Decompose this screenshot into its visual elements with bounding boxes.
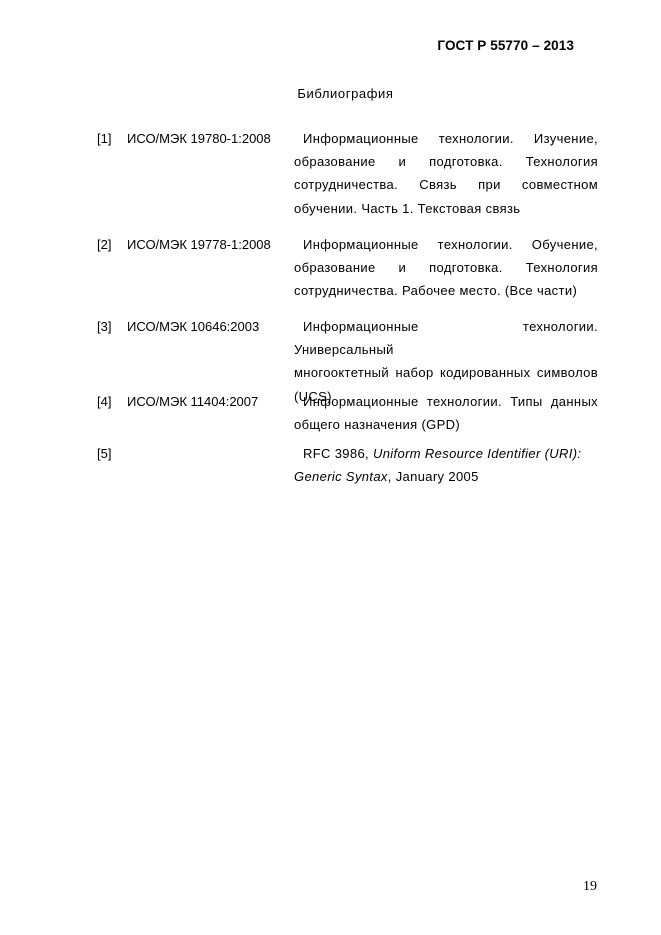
description-line: Информационные технологии. Типы данных xyxy=(294,390,598,413)
description-line: многооктетный набор кодированных символо… xyxy=(294,361,598,384)
entry-description: RFC 3986, Uniform Resource Identifier (U… xyxy=(294,442,598,488)
entry-description: Информационные технологии. Обучение, обр… xyxy=(294,233,598,303)
description-line: Generic Syntax, January 2005 xyxy=(294,465,598,488)
entry-description: Информационные технологии. Типы данных о… xyxy=(294,390,598,436)
entry-number: [1] xyxy=(97,127,111,150)
description-line: сотрудничества. Связь при совместном xyxy=(294,173,598,196)
entry-reference: ИСО/МЭК 11404:2007 xyxy=(127,390,258,413)
entry-number: [5] xyxy=(97,442,111,465)
entry-number: [2] xyxy=(97,233,111,256)
entry-number: [3] xyxy=(97,315,111,338)
description-line: общего назначения (GPD) xyxy=(294,413,598,436)
description-line: Информационные технологии. Обучение, xyxy=(294,233,598,256)
description-line: обучении. Часть 1. Текстовая связь xyxy=(294,197,598,220)
page-number: 19 xyxy=(583,879,597,895)
entry-number: [4] xyxy=(97,390,111,413)
description-line: образование и подготовка. Технология xyxy=(294,256,598,279)
rfc-title: Generic Syntax xyxy=(294,469,388,484)
entry-description: Информационные технологии. Изучение, обр… xyxy=(294,127,598,220)
description-line: Информационные технологии. Универсальный xyxy=(294,315,598,361)
document-header: ГОСТ Р 55770 – 2013 xyxy=(0,38,574,53)
description-line: сотрудничества. Рабочее место. (Все част… xyxy=(294,279,598,302)
description-line: RFC 3986, Uniform Resource Identifier (U… xyxy=(294,442,598,465)
description-line: Информационные технологии. Изучение, xyxy=(294,127,598,150)
section-title: Библиография xyxy=(0,86,661,101)
entry-reference: ИСО/МЭК 19780-1:2008 xyxy=(127,127,271,150)
entry-reference: ИСО/МЭК 19778-1:2008 xyxy=(127,233,271,256)
rfc-title: Uniform Resource Identifier (URI): xyxy=(373,446,581,461)
description-line: образование и подготовка. Технология xyxy=(294,150,598,173)
entry-reference: ИСО/МЭК 10646:2003 xyxy=(127,315,259,338)
